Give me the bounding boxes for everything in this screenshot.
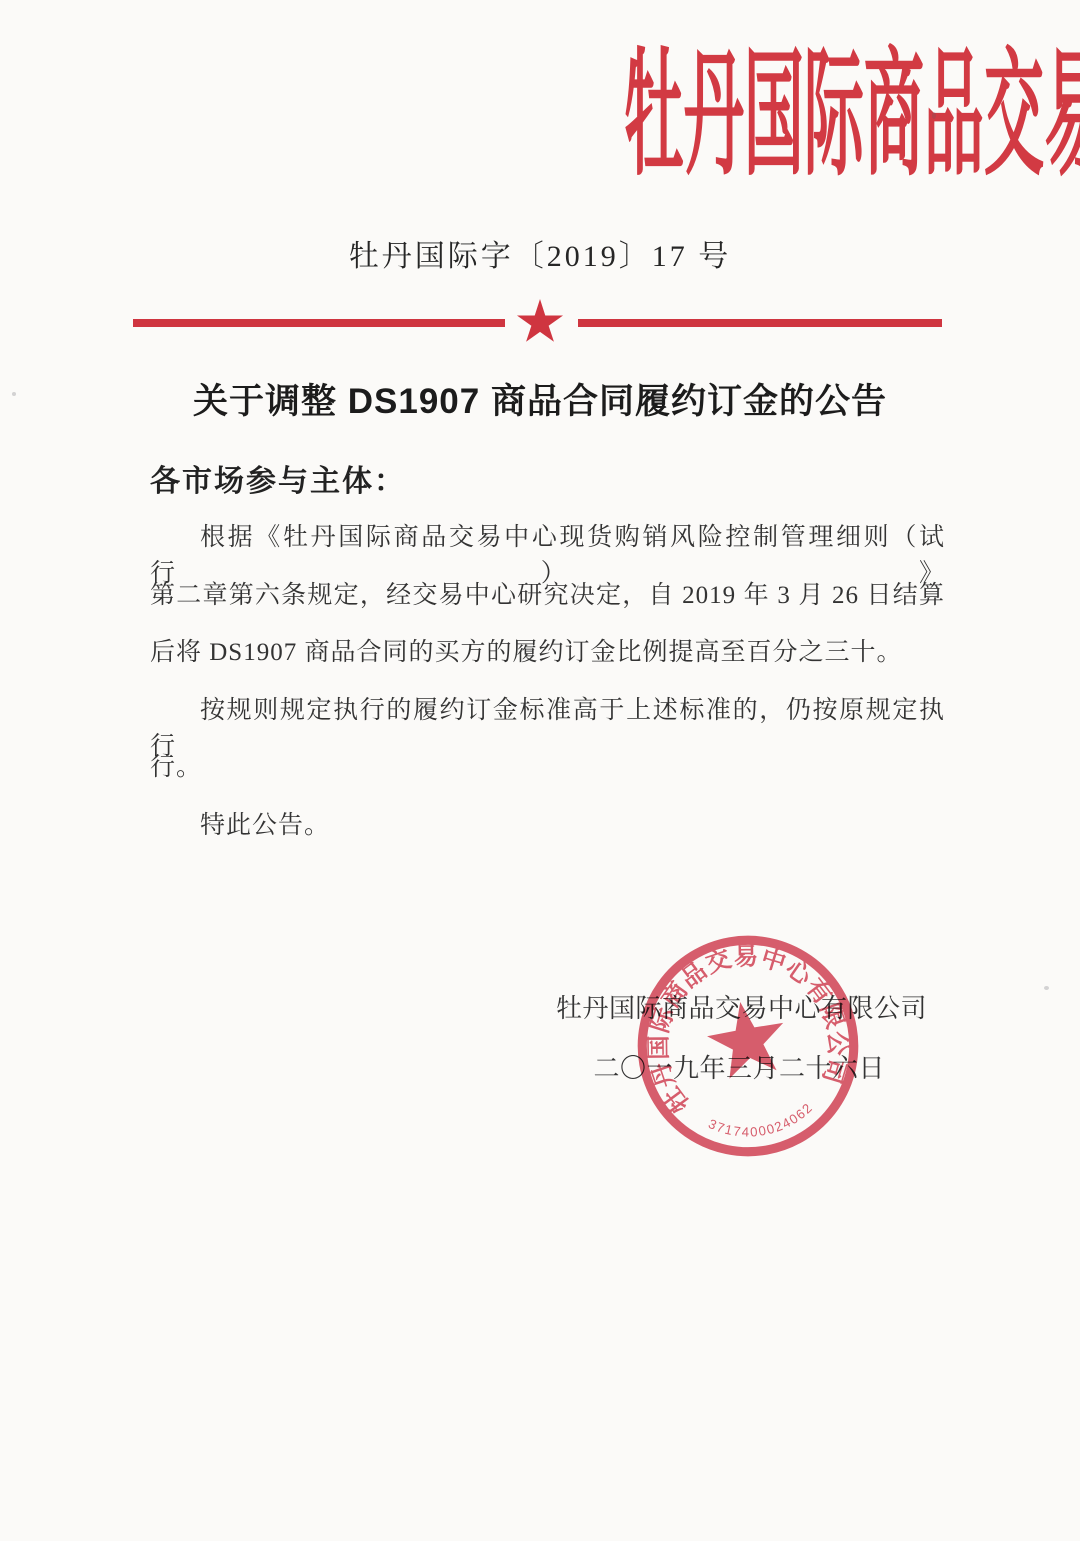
- body-line: 后将 DS1907 商品合同的买方的履约订金比例提高至百分之三十。: [150, 635, 945, 693]
- scan-speck: [1044, 986, 1049, 990]
- body-line: 第二章第六条规定，经交易中心研究决定，自 2019 年 3 月 26 日结算: [150, 578, 945, 636]
- document-page: 牡丹国际商品交易中心有限公司文件 牡丹国际字〔2019〕17 号 关于调整 DS…: [0, 0, 1080, 1541]
- salutation: 各市场参与主体：: [150, 456, 406, 500]
- doc-number: 牡丹国际字〔2019〕17 号: [0, 231, 1080, 275]
- org-title: 牡丹国际商品交易中心有限公司文件: [624, 40, 1080, 192]
- body-line: 特此公告。: [150, 808, 945, 866]
- body-text: 根据《牡丹国际商品交易中心现货购销风险控制管理细则（试行）》 第二章第六条规定，…: [150, 520, 945, 865]
- letterhead: 牡丹国际商品交易中心有限公司文件: [0, 40, 1080, 192]
- body-line: 按规则规定执行的履约订金标准高于上述标准的，仍按原规定执行: [150, 693, 945, 751]
- announcement-title: 关于调整 DS1907 商品合同履约订金的公告: [0, 374, 1080, 424]
- scan-speck: [12, 392, 16, 396]
- body-line: 根据《牡丹国际商品交易中心现货购销风险控制管理细则（试行）》: [150, 520, 945, 578]
- star-icon: [516, 299, 564, 346]
- company-seal: 牡丹国际商品交易中心有限公司 3717400024062: [607, 905, 890, 1188]
- divider-line-left: [133, 319, 505, 327]
- scan-speck: [932, 112, 936, 119]
- seal-star-icon: [702, 995, 791, 1081]
- divider-line-right: [578, 319, 942, 327]
- body-line: 行。: [150, 750, 945, 808]
